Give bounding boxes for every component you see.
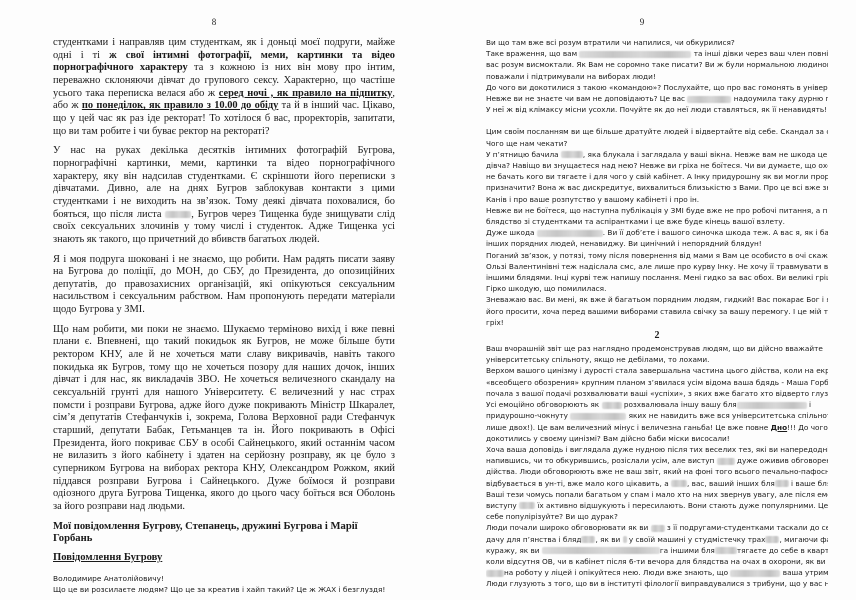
redacted-text	[570, 413, 626, 420]
text: куражу, як ви	[486, 546, 542, 555]
page-number: 8	[0, 17, 428, 27]
text: дачу для п’янства і бляд	[486, 535, 581, 544]
text-line: Цим своїм посланням ви ще більше дратуйт…	[486, 126, 828, 137]
text: дійства. Люди обговорюють вже не ваш зві…	[486, 467, 828, 476]
text: докотились у своєму цинізмі? Вам дійсно …	[486, 434, 730, 443]
redacted-text	[537, 230, 603, 237]
text: і ваше бля	[789, 479, 828, 488]
text-line: університетську спільноту, якщо не дебіл…	[486, 354, 828, 365]
text: інших порядних людей, ненавиджу. Ви цині…	[486, 239, 762, 248]
text: , вас, ваший інших бля	[687, 479, 775, 488]
text: придурошно-чокнуту	[486, 411, 570, 420]
underlined-bold-text: серед ночі , як правило на підпитку	[219, 88, 393, 99]
text: , як ви	[595, 535, 622, 544]
redacted-text	[579, 51, 691, 58]
text: з її подругами-студентками таскали до се…	[665, 523, 828, 532]
document-page-9: 9 Ви що там вже всі розум втратили чи на…	[428, 0, 856, 600]
text-line: його просити, хоча перед вашими виборами…	[486, 306, 828, 317]
text: блядство зі студентками та аспірантками …	[486, 217, 785, 226]
text: Ваш вчорашній звіт ще раз наглядно проде…	[486, 344, 823, 353]
text: не бачать кого ви тягаєте і для чого у с…	[486, 172, 828, 181]
text-line: Дуже шкода . Ви її доб’єте і вашого сино…	[486, 227, 828, 238]
text: призначити? Вона ж вас дискредитує, вихв…	[486, 183, 828, 192]
page-body: студентками і направляв цим студенткам, …	[53, 37, 395, 595]
message-block-2: Цим своїм посланням ви ще більше дратуйт…	[486, 126, 828, 328]
text-line: гріх!	[486, 317, 828, 328]
text-line: призначити? Вона ж вас дискредитує, вихв…	[486, 182, 828, 193]
text: та інші дівки через ваш член повністю у	[691, 49, 828, 58]
text-line: «всеобщего обозрения» крупним планом з’я…	[486, 377, 828, 388]
text-line: поважали і підтримували на виборах люди!	[486, 71, 828, 82]
text: дуже оживив обговорення цього	[735, 456, 828, 465]
text-line: коли відсутня ОВ, чи в кабінет після 6-т…	[486, 556, 828, 567]
text-line: Невже ви не боїтеся, що наступна публіка…	[486, 205, 828, 216]
text-line: До чого ви докотилися з такою «командою»…	[486, 82, 828, 93]
text: виступу	[486, 501, 519, 510]
text: У п’ятницю бачила	[486, 150, 561, 159]
text: Канів і про ваше розпутство у вашому каб…	[486, 195, 699, 204]
text-line: напившись, чи то обкурившись, розіслали …	[486, 455, 828, 466]
redacted-text	[737, 402, 807, 409]
text: дівча? Навіщо ви знущаєтеся над нею? Нев…	[486, 161, 828, 170]
paragraph-3: Я і моя подруга шоковані і не знаємо, що…	[53, 254, 395, 317]
text-line: У неї ж від клімаксу місни усохли. Почуй…	[486, 104, 828, 115]
underlined-bold-text: по понеділок, як правило з 10.00 до обід…	[82, 100, 279, 111]
text: До чого ви докотилися з такою «командою»…	[486, 83, 828, 92]
page-number: 9	[428, 17, 856, 27]
text: його просити, хоча перед вашими виборами…	[486, 307, 828, 316]
text: Верхом вашого цинізму і дурості стала за…	[486, 366, 828, 375]
text: розхвалювала іншу вашу бля	[622, 400, 737, 409]
message-block-1: Ви що там вже всі розум втратили чи напи…	[486, 37, 828, 115]
text-line: іншими блядями. Інці курві теж напишу по…	[486, 272, 828, 283]
underlined-bold-text: Дно	[771, 423, 788, 432]
redacted-text	[717, 458, 735, 465]
text-line: відбувається в ун-ті, вже мало кого ціка…	[486, 478, 828, 489]
subsection-heading: Повідомлення Бугрову	[53, 552, 395, 565]
text: яких не навидить вже вся університетська…	[626, 411, 828, 420]
text: Дуже шкода	[486, 228, 537, 237]
text-line: Хоча ваша доповідь і виглядала дуже нудн…	[486, 444, 828, 455]
text: на роботу у ліцей і опікуйтеся нею. Люди…	[504, 568, 730, 577]
text: Чого ще нам чекати?	[486, 139, 567, 148]
text-line: куражу, як ви га іншими блятягаєте до се…	[486, 545, 828, 556]
text: тягаєте до себе в квартиру,	[737, 546, 828, 555]
text: Хоча ваша доповідь і виглядала дуже нудн…	[486, 445, 828, 454]
text-line: не бачать кого ви тягаєте і для чого у с…	[486, 171, 828, 182]
text-line: Поганий зв’язок, у потязі, тому після по…	[486, 250, 828, 261]
text-line: себе популірізуйте? Ви що дурак?	[486, 511, 828, 522]
message-line: Що це ви розсилаєте людям? Що це за креа…	[53, 584, 395, 595]
redacted-text	[651, 525, 665, 532]
text-line: лише двох!). Це вам величезний мінус і в…	[486, 422, 828, 433]
redacted-text	[765, 536, 779, 543]
text: відбувається в ун-ті, вже мало кого ціка…	[486, 479, 671, 488]
text: Ользі Валентинівні теж надіслала смс, ал…	[486, 262, 828, 271]
message-line: Володимире Анатолійовичу!	[53, 573, 395, 584]
text-line: Невже ви не знаєте чи вам не доповідають…	[486, 93, 828, 104]
redacted-text	[542, 547, 660, 554]
text: ваша утриманка!	[780, 568, 828, 577]
text: Невже ви не знаєте чи вам не доповідають…	[486, 94, 687, 103]
text: «всеобщего обозрения» крупним планом з’я…	[486, 378, 828, 387]
text-line: Ви що там вже всі розум втратили чи напи…	[486, 37, 828, 48]
text: напившись, чи то обкурившись, розіслали …	[486, 456, 717, 465]
message-text: Володимире Анатолійовичу! Що це ви розси…	[53, 573, 395, 595]
text: Поганий зв’язок, у потязі, тому після по…	[486, 251, 828, 260]
redacted-text	[602, 402, 622, 409]
text: поважали і підтримували на виборах люди!	[486, 72, 656, 81]
text-line: Зневажаю вас. Ви мені, як вже й багатьом…	[486, 294, 828, 305]
text-line: вас розум висмоктали. Як Вам не соромно …	[486, 59, 828, 70]
text-line: почала з вашої подачі розхвалювати ваші …	[486, 388, 828, 399]
text: Люди глузують з того, що ви в інституті …	[486, 579, 828, 588]
text-line: Гірко шкодую, що помилилася.	[486, 283, 828, 294]
text: Зневажаю вас. Ви мені, як вже й багатьом…	[486, 295, 828, 304]
message-block-3: Ваш вчорашній звіт ще раз наглядно проде…	[486, 343, 828, 589]
text: , яка блукала і заглядала у ваші вікна. …	[583, 150, 828, 159]
page-body: Ви що там вже всі розум втратили чи напи…	[486, 37, 828, 590]
text: У неї ж від клімаксу місни усохли. Почуй…	[486, 105, 827, 114]
text: Ваші тези чомусь попали багатьом у спам …	[486, 490, 828, 499]
text: іншими блядями. Інці курві теж напишу по…	[486, 273, 828, 282]
text: і	[807, 400, 811, 409]
text-line: придурошно-чокнуту яких не навидить вже …	[486, 410, 828, 421]
text: Ви що там вже всі розум втратили чи напи…	[486, 38, 735, 47]
text-line: Люди почали широко обговорювати як ви з …	[486, 522, 828, 533]
redacted-text	[623, 536, 627, 543]
text: . Ви її доб’єте і вашого синочка шкода т…	[603, 228, 828, 237]
text: коли відсутня ОВ, чи в кабінет після 6-т…	[486, 557, 828, 566]
redacted-text	[486, 570, 504, 577]
text: Цим своїм посланням ви ще більше дратуйт…	[486, 127, 828, 136]
redacted-text	[687, 96, 731, 103]
text-line: Ользі Валентинівні теж надіслала смс, ал…	[486, 261, 828, 272]
text-line: дачу для п’янства і бляд, як ви у своїй …	[486, 534, 828, 545]
paragraph-2: У нас на руках декілька десятків інтимни…	[53, 145, 395, 246]
text: !!! До чого ви вже	[787, 423, 828, 432]
text: Невже ви не боїтеся, що наступна публіка…	[486, 206, 828, 215]
text-line: Люди глузують з того, що ви в інституті …	[486, 578, 828, 589]
text: надоумила таку дурню писати?	[731, 94, 828, 103]
text-line: докотились у своєму цинізмі? Вам дійсно …	[486, 433, 828, 444]
paragraph-4: Що нам робити, ми поки не знаємо. Шукаєм…	[53, 324, 395, 514]
redacted-text	[671, 480, 687, 487]
text: себе популірізуйте? Ви що дурак?	[486, 512, 618, 521]
text-line: Ваш вчорашній звіт ще раз наглядно проде…	[486, 343, 828, 354]
section-number: 2	[486, 330, 828, 342]
text-line: Верхом вашого цинізму і дурості стала за…	[486, 365, 828, 376]
spacer	[486, 115, 828, 126]
text: у своїй машині у студмістечку трах	[627, 535, 766, 544]
text-line: Ваші тези чомусь попали багатьом у спам …	[486, 489, 828, 500]
text: їх активно відшукують і переcилають. Вон…	[535, 501, 828, 510]
text-line: Канів і про ваше розпутство у вашому каб…	[486, 194, 828, 205]
redacted-text	[165, 211, 191, 218]
text-line: Усі емоційно обговорюють як розхвалювала…	[486, 399, 828, 410]
text: Люди почали широко обговорювати як ви	[486, 523, 651, 532]
text: Таке враження, що вам	[486, 49, 579, 58]
redacted-text	[715, 547, 737, 554]
text: Гірко шкодую, що помилилася.	[486, 284, 606, 293]
text-line: Таке враження, що вам та інші дівки чере…	[486, 48, 828, 59]
redacted-text	[519, 502, 535, 509]
text: , мигаючи фарами для	[779, 535, 828, 544]
text-line: інших порядних людей, ненавиджу. Ви цині…	[486, 238, 828, 249]
redacted-text	[561, 151, 583, 158]
text: лише двох!). Це вам величезний мінус і в…	[486, 423, 771, 432]
text: почала з вашої подачі розхвалювати ваші …	[486, 389, 828, 398]
redacted-text	[581, 536, 595, 543]
document-page-8: 8 студентками і направляв цим студенткам…	[0, 0, 428, 600]
text-line: дійства. Люди обговорюють вже не ваш зві…	[486, 466, 828, 477]
text-line: на роботу у ліцей і опікуйтеся нею. Люди…	[486, 567, 828, 578]
redacted-text	[730, 570, 780, 577]
text: Усі емоційно обговорюють як	[486, 400, 602, 409]
text: гріх!	[486, 318, 504, 327]
text: га іншими бля	[660, 546, 715, 555]
text-line: блядство зі студентками та аспірантками …	[486, 216, 828, 227]
text-line: дівча? Навіщо ви знущаєтеся над нею? Нев…	[486, 160, 828, 171]
text-line: У п’ятницю бачила , яка блукала і загляд…	[486, 149, 828, 160]
redacted-text	[775, 480, 789, 487]
text-line: Чого ще нам чекати?	[486, 138, 828, 149]
text-line: виступу їх активно відшукують і переcила…	[486, 500, 828, 511]
text: вас розум висмоктали. Як Вам не соромно …	[486, 60, 828, 69]
paragraph-1: студентками і направляв цим студенткам, …	[53, 37, 395, 138]
section-heading: Мої повідомлення Бугрову, Степанець, дру…	[53, 521, 395, 546]
text: університетську спільноту, якщо не дебіл…	[486, 355, 710, 364]
